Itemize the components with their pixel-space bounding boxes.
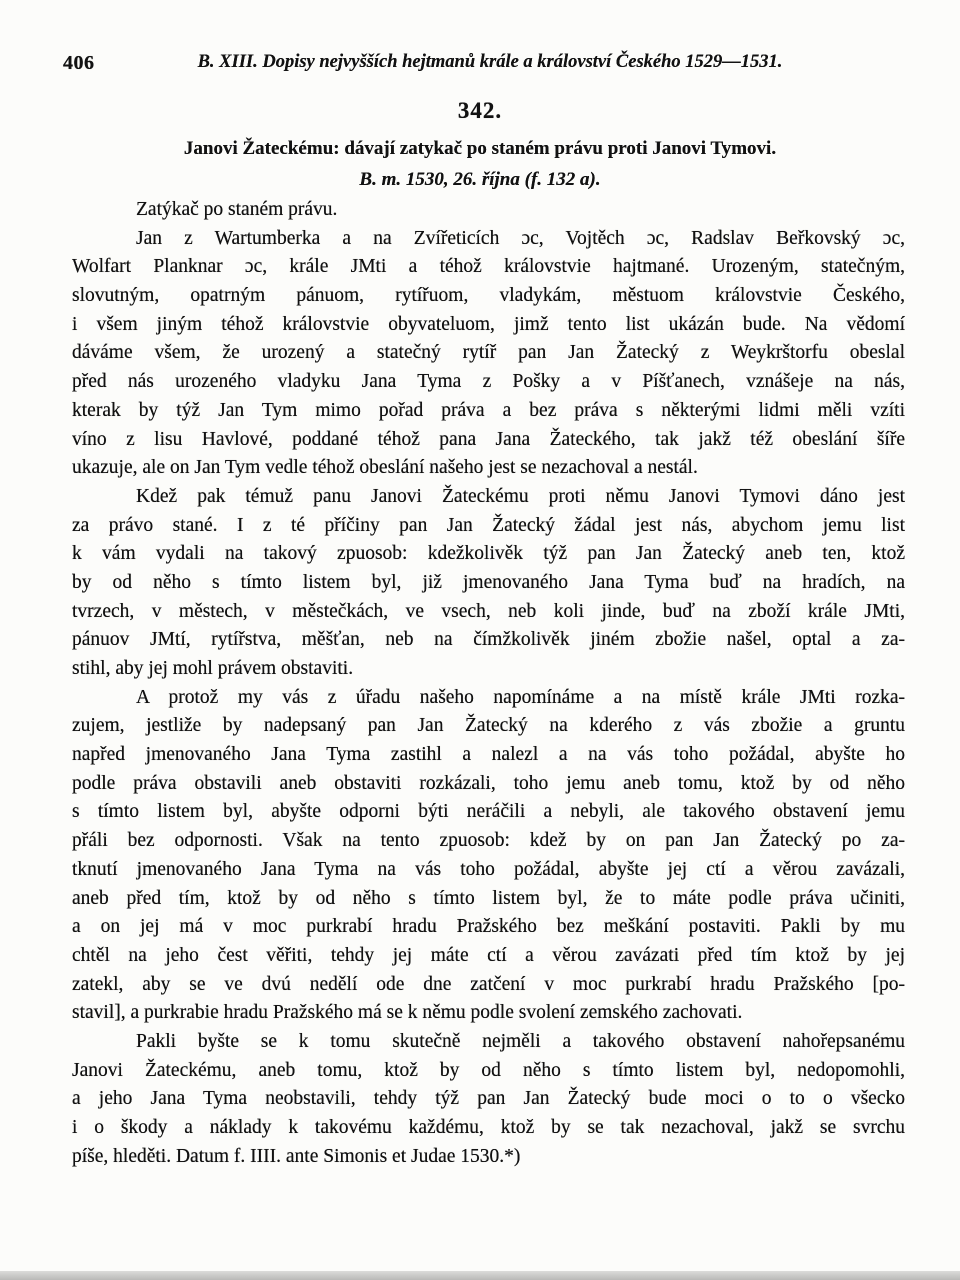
text-line: Jan z Wartumberka a na Zvířeticích ɔc, V… (72, 225, 905, 254)
text-line: Janovi Žateckému, aneb tomu, ktož by od … (72, 1057, 905, 1086)
text-line: napřed jmenovaného Jana Tyma zastihl a n… (72, 741, 905, 770)
text-line: slovutným, opatrným pánuom, rytířuom, vl… (72, 282, 905, 311)
scanned-book-page: 406 B. XIII. Dopisy nejvyšších hejtmanů … (0, 0, 960, 1280)
text-line: přáli bez odpornosti. Však na tento zpuo… (72, 827, 905, 856)
text-line: a on jej má v moc purkrabí hradu Pražské… (72, 913, 905, 942)
text-line: Kdež pak témuž panu Janovi Žateckému pro… (72, 483, 905, 512)
text-line: dáváme všem, že urozený a statečný rytíř… (72, 339, 905, 368)
text-line: podle práva obstavili aneb obstaviti roz… (72, 770, 905, 799)
document-body: Zatýkač po staném právu.Jan z Wartumberk… (72, 196, 905, 1171)
text-line: by od něho s tímto listem byl, již jmeno… (72, 569, 905, 598)
entry-dateline: B. m. 1530, 26. října (f. 132 a). (0, 169, 960, 191)
paragraph: A protož my vás z úřadu našeho napomínám… (72, 684, 905, 1028)
paragraph: Kdež pak témuž panu Janovi Žateckému pro… (72, 483, 905, 684)
text-line: píše, hleděti. Datum f. IIII. ante Simon… (72, 1143, 905, 1172)
text-line: kterak by týž Jan Tym mimo pořad práva a… (72, 397, 905, 426)
text-line: Wolfart Planknar ɔc, krále JMti a téhož … (72, 253, 905, 282)
text-line: Zatýkač po staném právu. (72, 196, 905, 225)
text-line: za právo stané. I z té příčiny pan Jan Ž… (72, 512, 905, 541)
text-line: s tímto listem byl, abyšte odporni býti … (72, 798, 905, 827)
paragraph: Zatýkač po staném právu. (72, 196, 905, 225)
text-line: zatekl, aby se ve dvú nedělí ode dne zat… (72, 971, 905, 1000)
entry-heading: Janovi Žateckému: dávají zatykač po stan… (0, 138, 960, 160)
text-line: pánuov JMtí, rytířstva, měšťan, neb na č… (72, 626, 905, 655)
text-line: ukazuje, ale on Jan Tym vedle téhož obes… (72, 454, 905, 483)
text-line: k vám vydali na takový zpuosob: kdežkoli… (72, 540, 905, 569)
text-line: zujem, jestliže by nadepsaný pan Jan Žat… (72, 712, 905, 741)
text-line: stihl, aby jej mohl právem obstaviti. (72, 655, 905, 684)
text-line: před nás urozeného vladyku Jana Tyma z P… (72, 368, 905, 397)
text-line: i všem jiným téhož královstvie obyvatelu… (72, 311, 905, 340)
text-line: a jeho Jana Tyma neobstavili, tehdy týž … (72, 1085, 905, 1114)
running-head: 406 B. XIII. Dopisy nejvyšších hejtmanů … (0, 52, 960, 80)
running-title: B. XIII. Dopisy nejvyšších hejtmanů král… (110, 52, 870, 73)
paragraph: Jan z Wartumberka a na Zvířeticích ɔc, V… (72, 225, 905, 483)
text-line: tvrzech, v městech, v městečkách, ve vse… (72, 598, 905, 627)
text-line: Pakli byšte se k tomu skutečně nejměli a… (72, 1028, 905, 1057)
text-line: stavil], a purkrabie hradu Pražského má … (72, 999, 905, 1028)
text-line: A protož my vás z úřadu našeho napomínám… (72, 684, 905, 713)
text-line: tknutí jmenovaného Jana Tyma na vás toho… (72, 856, 905, 885)
scan-edge (0, 1271, 960, 1280)
text-line: víno z lisu Havlové, poddané téhož pana … (72, 426, 905, 455)
text-line: chtěl na jeho čest věřiti, tehdy jej mát… (72, 942, 905, 971)
paragraph: Pakli byšte se k tomu skutečně nejměli a… (72, 1028, 905, 1171)
text-line: i o škody a náklady k takovému každému, … (72, 1114, 905, 1143)
page-number: 406 (63, 52, 95, 75)
entry-number: 342. (0, 98, 960, 124)
text-line: aneb před tím, ktož by od něho s tímto l… (72, 885, 905, 914)
